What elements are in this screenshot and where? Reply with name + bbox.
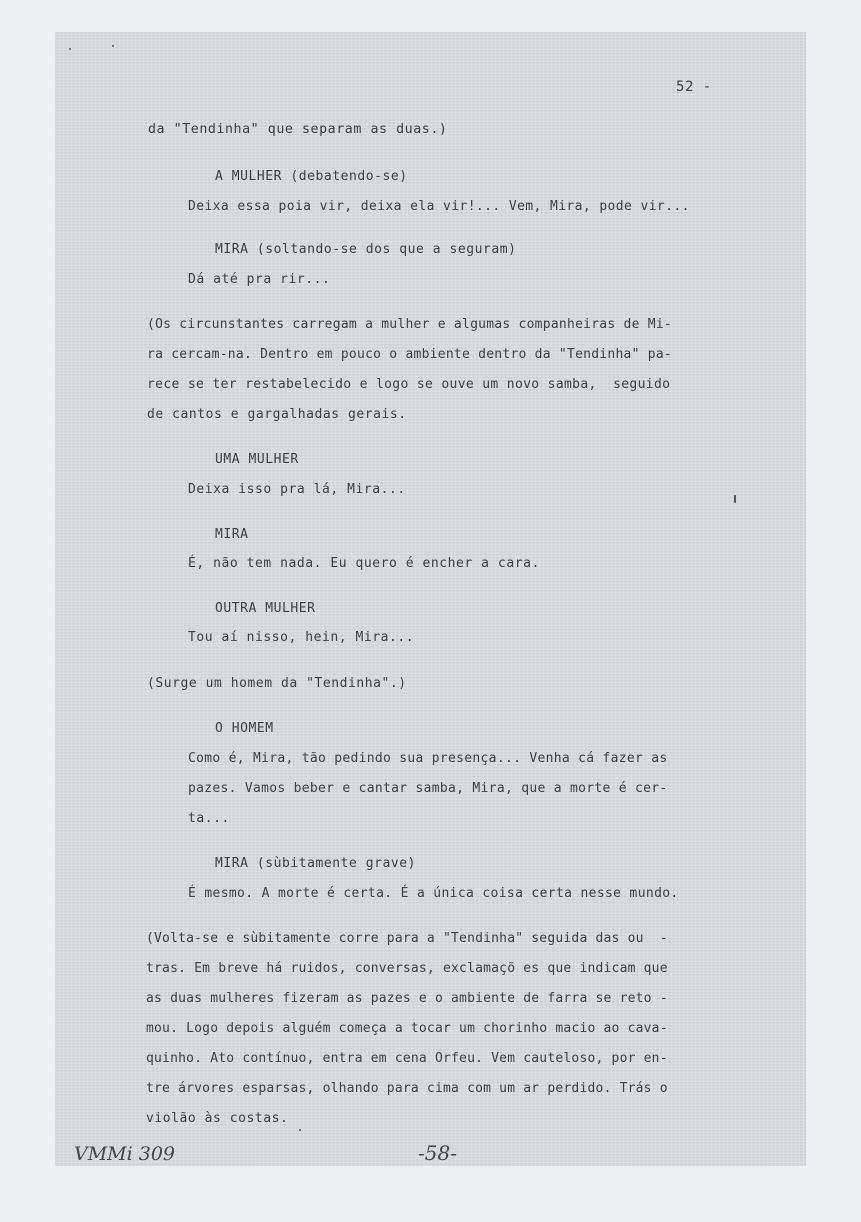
paper-speck xyxy=(112,45,114,47)
dialogue-line: Como é, Mira, tão pedindo sua presença..… xyxy=(188,752,667,765)
character-name-o-homem: O HOMEM xyxy=(215,722,274,735)
handwritten-archive-code: VMMi 309 xyxy=(74,1145,175,1164)
dialogue-line: Tou aí nisso, hein, Mira... xyxy=(188,631,414,644)
paper-speck xyxy=(299,1129,301,1131)
stage-direction-line: quinho. Ato contínuo, entra em cena Orfe… xyxy=(146,1052,668,1065)
character-name-mira: MIRA (soltando-se dos que a seguram) xyxy=(215,243,517,256)
character-name-uma-mulher: UMA MULHER xyxy=(215,453,299,466)
character-name-mira: MIRA (sùbitamente grave) xyxy=(215,857,416,870)
stage-direction-line: ra cercam-na. Dentro em pouco o ambiente… xyxy=(147,348,672,361)
stage-direction-line: de cantos e gargalhadas gerais. xyxy=(147,408,407,421)
stage-direction-line: (Volta-se e sùbitamente corre para a "Te… xyxy=(146,932,668,945)
dialogue-line: ta... xyxy=(188,812,230,825)
dialogue-line: Deixa isso pra lá, Mira... xyxy=(188,483,406,496)
page-number: 52 - xyxy=(676,80,712,94)
stage-direction-line: rece se ter restabelecido e logo se ouve… xyxy=(147,378,670,391)
stage-direction-line: mou. Logo depois alguém começa a tocar u… xyxy=(146,1022,668,1035)
paper-speck xyxy=(69,48,71,50)
stage-direction-line: violão às costas. xyxy=(146,1112,288,1125)
stage-direction-line: (Os circunstantes carregam a mulher e al… xyxy=(147,318,672,331)
dialogue-line: pazes. Vamos beber e cantar samba, Mira,… xyxy=(188,782,667,795)
stage-direction-continued: da "Tendinha" que separam as duas.) xyxy=(148,123,447,136)
character-name-a-mulher: A MULHER (debatendo-se) xyxy=(215,170,408,183)
character-name-outra-mulher: OUTRA MULHER xyxy=(215,602,316,615)
stage-direction-line: tre árvores esparsas, olhando para cima … xyxy=(146,1082,668,1095)
character-name-mira: MIRA xyxy=(215,528,249,541)
dialogue-line: Dá até pra rir... xyxy=(188,273,330,286)
stage-direction-line: as duas mulheres fizeram as pazes e o am… xyxy=(146,992,668,1005)
dialogue-line: É, não tem nada. Eu quero é encher a car… xyxy=(188,557,540,570)
dialogue-line: É mesmo. A morte é certa. É a única cois… xyxy=(188,887,679,900)
dialogue-line: Deixa essa poia vir, deixa ela vir!... V… xyxy=(188,200,690,213)
stage-direction-line: tras. Em breve há ruidos, conversas, exc… xyxy=(146,962,668,975)
handwritten-page-number: -58- xyxy=(418,1143,457,1163)
paper-mark xyxy=(734,495,736,503)
stage-direction-line: (Surge um homem da "Tendinha".) xyxy=(147,677,407,690)
